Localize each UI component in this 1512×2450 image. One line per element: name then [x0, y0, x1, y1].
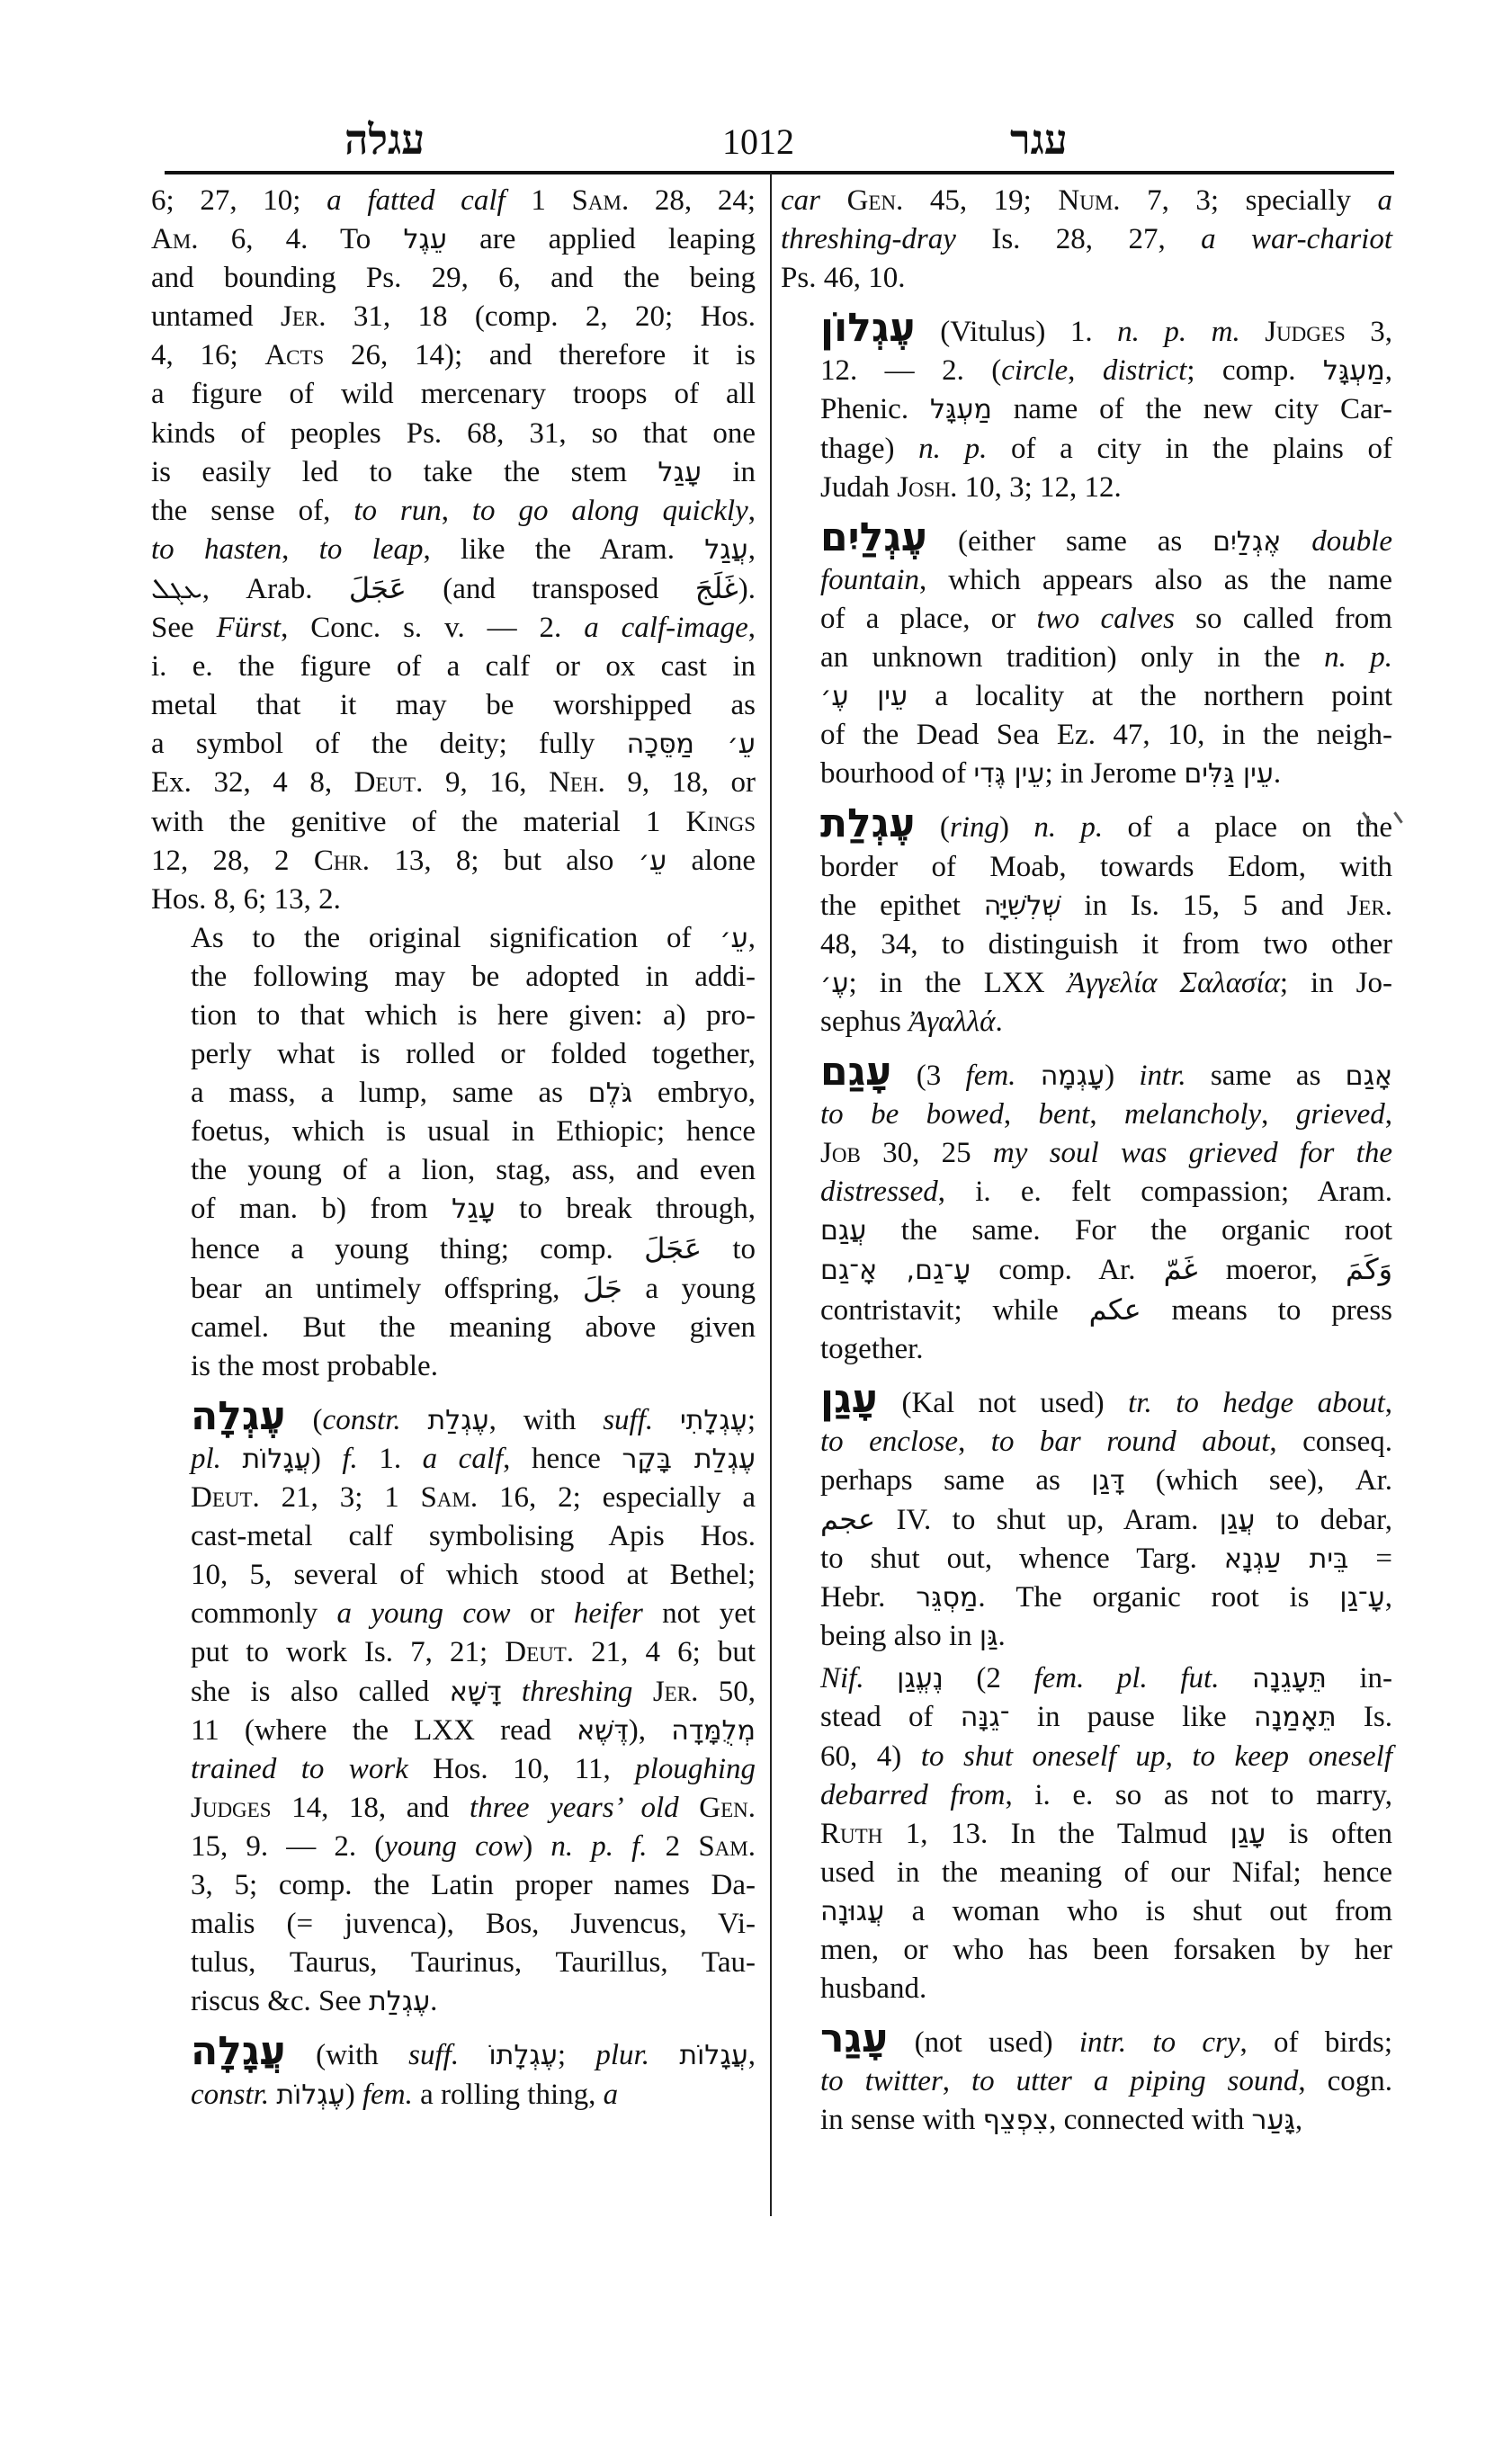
text-line: עֶגְלָה (constr. עֶגְלַת, with suff. עֶג… [151, 1397, 756, 1440]
text-run: . [995, 1006, 1002, 1038]
text-run: , [1385, 1098, 1392, 1131]
text-line: constr. עֶגְלוֹת) fem. a rolling thing, … [151, 2076, 756, 2115]
text-run: of the Dead Sea Ez. 47, 10, in the neigh… [820, 719, 1392, 751]
italic-text: plur. [595, 2039, 649, 2071]
text-line: עֲגָלָה (with suff. עֶגְלָתוֹ; plur. עֲג… [151, 2032, 756, 2075]
text-run: ) [311, 1443, 343, 1475]
text-line: pl. עֲגָלוֹת) f. 1. a calf, hence עֶגְלַ… [151, 1440, 756, 1479]
italic-text: Fürst [217, 612, 282, 644]
italic-text: intr. to cry [1079, 2026, 1240, 2059]
paragraph-original-signification: As to the original signification of עֵ׳,… [151, 919, 756, 1386]
dictionary-entry-agar: עָגַר (not used) intr. to cry, of birds;… [781, 2019, 1392, 2140]
italic-text: n. p. f. [550, 1830, 647, 1863]
text-run: riscus &c. See [191, 1985, 369, 2017]
hebrew-word: עֵגֶל [403, 224, 447, 255]
text-line: bourhood of עֵין גֶּדִי; in Jerome עֵין … [781, 755, 1392, 793]
text-run: , with [489, 1404, 604, 1436]
arabic-word: عجم [820, 1502, 875, 1536]
text-run: 6, 4. To [199, 223, 404, 255]
text-run: of a place on the [1103, 811, 1392, 844]
italic-text: constr. [191, 2079, 269, 2111]
text-run: the epithet [820, 890, 984, 922]
text-run: (either same as [927, 525, 1212, 558]
italic-text: a fatted calf [327, 184, 505, 217]
italic-text: young cow [384, 1830, 523, 1863]
hebrew-word: עֶגְלַת בָּקָר [622, 1444, 756, 1475]
hebrew-word: תֵּעָגֵנָה [1252, 1663, 1327, 1694]
text-run: 12, 28, 2 [151, 845, 314, 877]
italic-text: distressed [820, 1176, 938, 1208]
italic-text: car [781, 184, 820, 217]
text-run: , [943, 2065, 971, 2097]
italic-text: to run [353, 495, 441, 527]
text-line: untamed Jer. 31, 18 (comp. 2, 20; Hos. [151, 298, 756, 336]
text-run: hence a young thing; comp. [191, 1233, 644, 1265]
hebrew-word: מַסְגֵּר [916, 1582, 978, 1614]
text-run: 1. [358, 1443, 423, 1475]
text-run: alone [667, 845, 756, 877]
hebrew-word: אֶגְלַיִם [1212, 526, 1281, 558]
text-run: is easily led to take the stem [151, 456, 658, 488]
text-run [1240, 316, 1266, 348]
small-caps-reference: Sam. [421, 1481, 479, 1514]
entry-continuation-agala: car Gen. 45, 19; Num. 7, 3; specially at… [781, 182, 1392, 298]
hebrew-word: מַעְגָּל [930, 394, 992, 425]
small-caps-reference: Neh. [549, 766, 605, 799]
hebrew-headword: עָגַם [820, 1049, 892, 1095]
text-run: perly what is rolled or folded together, [191, 1038, 756, 1070]
text-run: husband. [820, 1972, 926, 2005]
text-run: , [748, 533, 756, 566]
italic-text: to go along quickly [472, 495, 748, 527]
text-run: 7, 3; specially [1121, 184, 1378, 217]
dictionary-entry-eglon: עֶגְלוֹן (Vitulus) 1. n. p. m. Judges 3,… [781, 308, 1392, 506]
italic-text: district [1103, 354, 1187, 387]
text-run: . The organic root is [978, 1581, 1339, 1614]
text-line: i. e. the figure of a calf or ox cast in [151, 648, 756, 686]
text-run: ( [286, 1404, 323, 1436]
italic-text: bent [1039, 1098, 1090, 1131]
text-run: ( [916, 811, 950, 844]
text-run: 31, 18 (comp. 2, 20; Hos. [327, 300, 756, 333]
text-line: עָ־גַם, אָ־גַם comp. Ar. غَمّ moeror, وَ… [781, 1250, 1392, 1290]
text-run: of a city in the plains of [987, 433, 1392, 465]
italic-text: ring [950, 811, 999, 844]
text-run: the following may be adopted in addi- [191, 961, 756, 993]
text-run: Hos. 10, 11, [408, 1753, 635, 1785]
italic-text: f. [342, 1443, 357, 1475]
arabic-word: غَلَجَ [695, 571, 738, 605]
italic-text: to hasten [151, 533, 282, 566]
text-run: in [702, 456, 756, 488]
text-line: to be bowed, bent, melancholy, grieved, [781, 1095, 1392, 1134]
text-line: 15, 9. — 2. (young cow) n. p. f. 2 Sam. [151, 1828, 756, 1866]
text-run: , of birds; [1240, 2026, 1392, 2059]
hebrew-word: עֵ׳ מַסֵּכָה [627, 729, 756, 760]
text-run: ; in Jerome [1044, 757, 1184, 790]
text-run: tulus, Taurus, Taurinus, Taurillus, Tau- [191, 1946, 756, 1979]
text-line: distressed, i. e. felt compassion; Aram. [781, 1173, 1392, 1212]
arabic-word: ܥܓܠ [151, 571, 202, 605]
text-run: , [1004, 1098, 1039, 1131]
text-run [459, 2039, 488, 2071]
text-run: Hebr. [820, 1581, 916, 1614]
italic-text: intr. [1139, 1060, 1185, 1092]
italic-text: fem. [966, 1060, 1016, 1092]
text-line: Judah Josh. 10, 3; 12, 12. [781, 469, 1392, 507]
text-line: Phenic. מַעְגָּל name of the new city Ca… [781, 390, 1392, 429]
small-caps-reference: Deut. [191, 1481, 260, 1514]
text-line: 4, 16; Acts 26, 14); and therefore it is [151, 336, 756, 375]
text-run: is often [1266, 1818, 1392, 1850]
small-caps-reference: Jer. [281, 300, 326, 333]
arabic-word: جَلَ [583, 1271, 622, 1305]
text-run: , [748, 612, 756, 644]
hebrew-headword: עֶגְלַיִם [820, 514, 927, 560]
hebrew-word: עָ־גַן [1339, 1582, 1384, 1614]
hebrew-word: עֶגְלָתִי [680, 1405, 747, 1436]
text-line: car Gen. 45, 19; Num. 7, 3; specially a [781, 182, 1392, 220]
text-run: 13, 8; but also [370, 845, 639, 877]
text-line: perly what is rolled or folded together, [151, 1035, 756, 1074]
hebrew-word: עֵ׳ [639, 845, 667, 877]
header-left-headword: עגלה [344, 115, 425, 164]
small-caps-reference: Am. [151, 223, 199, 255]
text-run: men, or who has been forsaken by her [820, 1934, 1392, 1966]
text-run: , [1385, 1387, 1392, 1419]
text-run: thage) [820, 433, 918, 465]
text-run [864, 1662, 898, 1694]
hebrew-word: עָגְמָה [1041, 1060, 1105, 1092]
hebrew-word: עֲגָלוֹת [679, 2040, 747, 2071]
text-line: of man. b) from עָגַל to break through, [151, 1190, 756, 1229]
text-line: perhaps same as דָּגַן (which see), Ar. [781, 1462, 1392, 1500]
text-run: a symbol of the deity; fully [151, 728, 627, 760]
text-line: Ruth 1, 13. In the Talmud עָגַן is often [781, 1815, 1392, 1854]
text-line: 12. — 2. (circle, district; comp. מַעְגָ… [781, 352, 1392, 390]
text-line: 6; 27, 10; a fatted calf 1 Sam. 28, 24; [151, 182, 756, 220]
text-run: 14, 18, and [272, 1792, 470, 1824]
text-line: tion to that which is here given: a) pro… [151, 997, 756, 1035]
small-caps-reference: Job [820, 1137, 861, 1169]
text-line: a mass, a lump, same as גֹּלֶם embryo, [151, 1074, 756, 1113]
hebrew-word: עֲגוּנָה [820, 1896, 884, 1927]
hebrew-word: עֵין עֶ׳ [820, 681, 908, 712]
text-run: of man. b) from [191, 1193, 452, 1225]
hebrew-word: בֵּית עַגְנָא [1224, 1543, 1349, 1575]
text-run [679, 1792, 700, 1824]
text-line: 60, 4) to shut oneself up, to keep onese… [781, 1738, 1392, 1776]
hebrew-word: עֶגְלָתוֹ [488, 2040, 557, 2071]
arabic-word: وَكَمَ [1346, 1252, 1392, 1286]
text-run: . [998, 1620, 1005, 1652]
text-line: ܥܓܠ, Arab. عَجَلَ (and transposed غَلَجَ… [151, 569, 756, 609]
text-run: Is. 28, 27, [956, 223, 1201, 255]
italic-text: threshing-dray [781, 223, 956, 255]
text-run [501, 1676, 521, 1708]
text-run: 9, 18, or [605, 766, 756, 799]
hebrew-word: עֲגָלוֹת [242, 1444, 310, 1475]
hebrew-word: עָ־גַם, אָ־גַם [820, 1255, 971, 1286]
text-line: 10, 5, several of which stood at Bethel; [151, 1556, 756, 1595]
text-run: . [430, 1985, 437, 2017]
text-run: 21, 3; 1 [260, 1481, 421, 1514]
text-line: in sense with צִפְצֵף, connected with גָ… [781, 2101, 1392, 2140]
text-line: עֲגַם the same. For the organic root [781, 1212, 1392, 1250]
text-run: (Kal not used) [878, 1387, 1128, 1419]
text-run [401, 1404, 428, 1436]
italic-text: fem. [362, 2079, 413, 2111]
hebrew-word: מְלֻמָּדָה [671, 1715, 756, 1747]
text-run: to shut out, whence Targ. [820, 1542, 1224, 1575]
text-run: are applied leaping [447, 223, 756, 255]
text-line: Deut. 21, 3; 1 Sam. 16, 2; especially a [151, 1479, 756, 1517]
text-run: or [511, 1597, 574, 1630]
text-line: 11 (where the LXX read דֶּשֶׁא), מְלֻמָּ… [151, 1712, 756, 1750]
text-line: 48, 34, to distinguish it from two other [781, 925, 1392, 964]
text-run: ; in Jo- [1280, 967, 1392, 999]
italic-text: Ἀγγελία Σαλασία [1068, 967, 1280, 999]
italic-text: n. p. m. [1117, 316, 1240, 348]
text-line: 3, 5; comp. the Latin proper names Da- [151, 1866, 756, 1905]
small-caps-reference: Ruth [820, 1818, 882, 1850]
italic-text: a [1378, 184, 1393, 217]
hebrew-headword: עָגַן [820, 1376, 878, 1422]
text-run: perhaps same as [820, 1464, 1091, 1497]
text-run: in sense with [820, 2104, 983, 2136]
text-line: עֶ׳; in the LXX Ἀγγελία Σαλασία; in Jo- [781, 964, 1392, 1003]
column-divider [770, 173, 772, 2216]
text-line: عجم IV. to shut up, Aram. עֲגַן to debar… [781, 1500, 1392, 1540]
text-run: , cogn. [1298, 2065, 1392, 2097]
text-line: עֶגְלוֹן (Vitulus) 1. n. p. m. Judges 3, [781, 308, 1392, 352]
text-line: husband. [781, 1970, 1392, 2008]
italic-text: heifer [574, 1597, 643, 1630]
small-caps-reference: Gen. [847, 184, 904, 217]
text-run: (with [286, 2039, 408, 2071]
text-run: ; [747, 1404, 756, 1436]
text-run: ) [1105, 1060, 1139, 1092]
text-line: Hos. 8, 6; 13, 2. [151, 881, 756, 919]
italic-text: to leap [319, 533, 424, 566]
text-run: ) [999, 811, 1033, 844]
text-run: 2 [648, 1830, 699, 1863]
italic-text: to bar round about [991, 1426, 1270, 1458]
hebrew-word: ־גֵנָּה [961, 1702, 1010, 1733]
small-caps-reference: Jer. [1347, 890, 1392, 922]
italic-text: suff. [408, 2039, 459, 2071]
text-run: commonly [191, 1597, 337, 1630]
text-run [632, 1676, 652, 1708]
text-run: , i. e. so as not to marry, [1006, 1779, 1393, 1811]
small-caps-reference: Josh. [897, 471, 957, 504]
text-run: , connected with [1049, 2104, 1251, 2136]
small-caps-reference: Jer. [653, 1676, 698, 1708]
arabic-word: عَجَلَ [349, 571, 407, 605]
text-run: Phenic. [820, 393, 930, 425]
text-run: 21, 4 6; but [574, 1636, 756, 1668]
text-run: 1, 13. In the Talmud [882, 1818, 1230, 1850]
text-line: she is also called דָּשָׁא threshing Jer… [151, 1673, 756, 1712]
text-run: to [702, 1233, 756, 1265]
text-line: to shut out, whence Targ. בֵּית עַגְנָא … [781, 1540, 1392, 1578]
text-run: metal that it may be worshipped as [151, 689, 756, 721]
text-run: , [1166, 1740, 1193, 1773]
text-run: together. [820, 1333, 924, 1365]
italic-text: debarred from [820, 1779, 1006, 1811]
dictionary-entry-eglaim: עֶגְלַיִם (either same as אֶגְלַיִם doub… [781, 518, 1392, 794]
text-run: 9, 16, [423, 766, 549, 799]
text-line: border of Moab, towards Edom, with [781, 848, 1392, 887]
small-caps-reference: Deut. [354, 766, 424, 799]
text-run: a mass, a lump, same as [191, 1077, 588, 1109]
text-run: used in the meaning of our Nifal; hence [820, 1856, 1392, 1889]
text-run: 60, 4) [820, 1740, 921, 1773]
hebrew-word: עֶ׳ [820, 968, 849, 999]
text-run: 48, 34, to distinguish it from two other [820, 928, 1392, 961]
text-run: , Conc. s. v. — 2. [281, 612, 584, 644]
arabic-word: عكم [1089, 1292, 1141, 1327]
running-header: עגלה 1012 עגר [165, 115, 1394, 169]
text-line: Ex. 32, 4 8, Deut. 9, 16, Neh. 9, 18, or [151, 764, 756, 802]
text-line: debarred from, i. e. so as not to marry, [781, 1776, 1392, 1815]
hebrew-word: עֵין גַּלִּים [1184, 758, 1274, 790]
text-run: 3, [1346, 316, 1392, 348]
text-line: עָגַן (Kal not used) tr. to hedge about, [781, 1380, 1392, 1423]
hebrew-word: מַעְגָּל [1323, 355, 1385, 387]
text-line: being also in גַּן. [781, 1617, 1392, 1656]
hebrew-word: צִפְצֵף [983, 2105, 1050, 2136]
text-run: IV. to shut up, Aram. [875, 1504, 1220, 1536]
text-line: to twitter, to utter a piping sound, cog… [781, 2062, 1392, 2101]
entry-continuation: 6; 27, 10; a fatted calf 1 Sam. 28, 24;A… [151, 182, 756, 919]
text-run: foetus, which is usual in Ethiopic; henc… [191, 1115, 756, 1148]
text-line: עָגַר (not used) intr. to cry, of birds; [781, 2019, 1392, 2062]
text-run [820, 184, 847, 217]
text-run: (and transposed [407, 573, 695, 605]
dictionary-entry-agan: עָגַן (Kal not used) tr. to hedge about,… [781, 1380, 1392, 1657]
italic-text: circle [1001, 354, 1068, 387]
text-run [1219, 1662, 1252, 1694]
text-line: put to work Is. 7, 21; Deut. 21, 4 6; bu… [151, 1633, 756, 1672]
hebrew-headword: עָגַר [820, 2016, 888, 2061]
italic-text: two calves [1037, 603, 1175, 635]
hebrew-word: דָּשָׁא [450, 1677, 502, 1708]
text-run: ; [558, 2039, 596, 2071]
italic-text: n. p. [1324, 641, 1392, 674]
text-line: bear an untimely offspring, جَلَ a young [151, 1269, 756, 1309]
text-run: 15, 9. — 2. ( [191, 1830, 384, 1863]
text-line: the sense of, to run, to go along quickl… [151, 492, 756, 531]
dictionary-entry-egla: עֶגְלָה (constr. עֶגְלַת, with suff. עֶג… [151, 1397, 756, 2022]
text-run: 6; 27, 10; [151, 184, 327, 217]
text-run: a figure of wild mercenary troops of all [151, 378, 756, 410]
italic-text: pl. [191, 1443, 221, 1475]
italic-text: grieved [1296, 1098, 1385, 1131]
small-caps-reference: Deut. [505, 1636, 574, 1668]
hebrew-word: שְׁלִשִׁיָּה [984, 890, 1061, 922]
arabic-word: عَجَلَ [644, 1231, 702, 1265]
text-run: (Vitulus) 1. [916, 316, 1117, 348]
text-line: riscus &c. See עֶגְלַת. [151, 1982, 756, 2021]
text-run: = [1348, 1542, 1392, 1575]
text-line: metal that it may be worshipped as [151, 686, 756, 725]
text-line: the following may be adopted in addi- [151, 958, 756, 997]
text-run: of a place, or [820, 603, 1037, 635]
text-line: of a place, or two calves so called from [781, 600, 1392, 639]
text-run: tion to that which is here given: a) pro… [191, 999, 756, 1032]
text-run [649, 2039, 679, 2071]
text-run: ) [345, 2079, 362, 2111]
text-run [221, 1443, 243, 1475]
hebrew-word: עֲגַל [704, 534, 748, 566]
text-run: Is. [1337, 1701, 1392, 1733]
text-run: ), [629, 1714, 671, 1747]
text-run: in pause like [1010, 1701, 1254, 1733]
text-run: (2 [944, 1662, 1034, 1694]
small-caps-reference: Sam. [698, 1830, 756, 1863]
text-run: 16, 2; especially a [478, 1481, 756, 1514]
hebrew-word: עֵ׳ [720, 923, 748, 954]
text-run: , Arab. [202, 573, 349, 605]
text-run: , conseq. [1269, 1426, 1392, 1458]
italic-text: to shut oneself up [921, 1740, 1166, 1773]
text-line: the epithet שְׁלִשִׁיָּה in Is. 15, 5 an… [781, 887, 1392, 925]
text-line: Judges 14, 18, and three years’ old Gen. [151, 1789, 756, 1828]
text-line: stead of ־גֵנָּה in pause like תֵּאָמַנָ… [781, 1698, 1392, 1737]
italic-text: trained to work [191, 1753, 408, 1785]
text-line: See Fürst, Conc. s. v. — 2. a calf-image… [151, 609, 756, 648]
text-run: means to press [1141, 1294, 1392, 1327]
text-line: cast-metal calf symbolising Apis Hos. [151, 1517, 756, 1556]
text-run: , [748, 922, 756, 954]
dictionary-subentry-nifal: Nif. נֶעֱגַן (2 fem. pl. fut. תֵּעָגֵנָה… [781, 1659, 1392, 2008]
text-line: contristavit; while عكم means to press [781, 1291, 1392, 1330]
text-run: ; in the LXX [849, 967, 1068, 999]
text-run: and bounding Ps. 29, 6, and the being [151, 262, 756, 294]
text-run: a rolling thing, [413, 2079, 604, 2111]
text-line: sephus Ἀγαλλά. [781, 1003, 1392, 1042]
text-run: , [1385, 1581, 1392, 1614]
text-run: Ex. 32, 4 8, [151, 766, 354, 799]
italic-text: a war-chariot [1201, 223, 1392, 255]
arabic-word: غَمّ [1164, 1252, 1198, 1286]
text-line: malis (= juvenca), Bos, Juvencus, Vi- [151, 1905, 756, 1944]
text-run: 45, 19; [903, 184, 1058, 217]
text-line: fountain, which appears also as the name [781, 561, 1392, 600]
text-run: (not used) [888, 2026, 1078, 2059]
text-run: As to the original signification of [191, 922, 720, 954]
hebrew-word: דֶּשֶׁא [577, 1715, 629, 1747]
italic-text: three years’ old [470, 1792, 679, 1824]
text-line: 12, 28, 2 Chr. 13, 8; but also עֵ׳ alone [151, 842, 756, 881]
text-run: contristavit; while [820, 1294, 1089, 1327]
small-caps-reference: Chr. [314, 845, 370, 877]
text-line: to hasten, to leap, like the Aram. עֲגַל… [151, 531, 756, 569]
text-line: a figure of wild mercenary troops of all [151, 375, 756, 414]
italic-text: to twitter [820, 2065, 943, 2097]
text-run: same as [1186, 1060, 1346, 1092]
text-run: border of Moab, towards Edom, with [820, 851, 1392, 883]
text-run: in- [1327, 1662, 1392, 1694]
text-run: a woman who is shut out from [884, 1895, 1392, 1927]
text-run: camel. But the meaning above given [191, 1311, 756, 1344]
text-run: 28, 24; [629, 184, 756, 217]
text-run: to debar, [1255, 1504, 1392, 1536]
text-run: 3, 5; comp. the Latin proper names Da- [191, 1869, 756, 1901]
hebrew-word: עֶגְלַת [369, 1986, 430, 2017]
text-line: Nif. נֶעֱגַן (2 fem. pl. fut. תֵּעָגֵנָה… [781, 1659, 1392, 1698]
